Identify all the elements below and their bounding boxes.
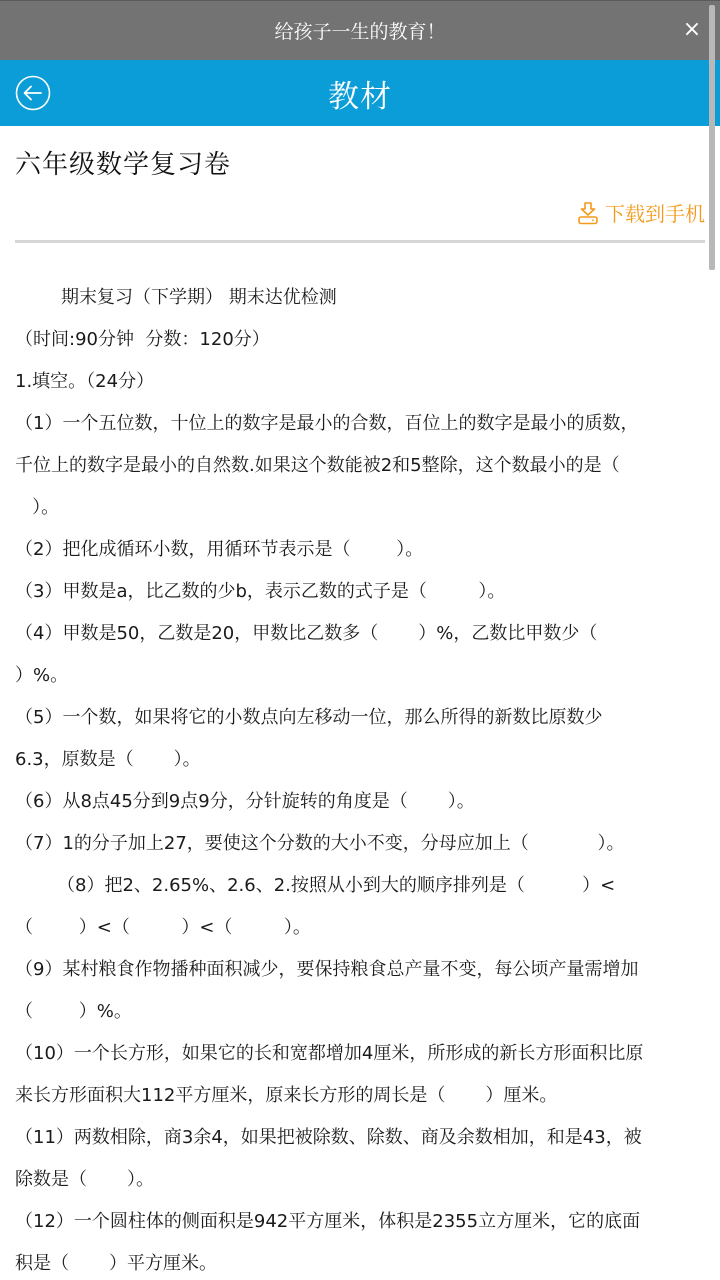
back-button[interactable]: [15, 75, 51, 111]
section-heading: 1.填空。（24分）: [15, 361, 705, 403]
exam-heading: 期末复习（下学期） 期末达优检测: [15, 277, 705, 319]
question-3: （3）甲数是a，比乙数的少b，表示乙数的式子是（ ）。: [15, 571, 705, 613]
question-5-line-2: 6.3，原数是（ ）。: [15, 739, 705, 781]
title-divider: [15, 240, 705, 243]
document-content: 期末复习（下学期） 期末达优检测 （时间:90分钟 分数：120分） 1.填空。…: [15, 277, 705, 1280]
download-to-phone-icon: [577, 201, 599, 225]
question-4-line-1: （4）甲数是50，乙数是20，甲数比乙数多（ ）%，乙数比甲数少（: [15, 613, 705, 655]
page-title: 教材: [328, 71, 392, 116]
question-8-line-2: （ ）<（ ）<（ ）。: [15, 907, 705, 949]
question-10-line-1: （10）一个长方形，如果它的长和宽都增加4厘米，所形成的新长方形面积比原: [15, 1033, 705, 1075]
question-1-line-2: 千位上的数字是最小的自然数.如果这个数能被2和5整除，这个数最小的是（: [15, 445, 705, 487]
document-title: 六年级数学复习卷: [15, 144, 231, 181]
close-banner-button[interactable]: ×: [680, 16, 704, 44]
arrow-left-circle-icon: [15, 75, 51, 111]
question-7: （7）1的分子加上27，要使这个分数的大小不变，分母应加上（ ）。: [15, 823, 705, 865]
question-8-line-1: （8）把2、2.65%、2.6、2.按照从小到大的顺序排列是（ ）<: [15, 865, 705, 907]
question-12-line-1: （12）一个圆柱体的侧面积是942平方厘米，体积是2355立方厘米，它的底面: [15, 1201, 705, 1243]
question-5-line-1: （5）一个数，如果将它的小数点向左移动一位，那么所得的新数比原数少: [15, 697, 705, 739]
question-12-line-2: 积是（ ）平方厘米。: [15, 1243, 705, 1280]
promo-banner: 给孩子一生的教育！ ×: [0, 0, 720, 60]
question-9-line-1: （9）某村粮食作物播种面积减少，要保持粮食总产量不变，每公顷产量需增加: [15, 949, 705, 991]
question-1-line-3: ）。: [15, 487, 705, 529]
download-label: 下载到手机: [605, 198, 705, 227]
app-header: 教材: [0, 60, 720, 126]
scrollbar[interactable]: [709, 5, 715, 270]
question-11-line-2: 除数是（ ）。: [15, 1159, 705, 1201]
question-4-line-2: ）%。: [15, 655, 705, 697]
question-9-line-2: （ ）%。: [15, 991, 705, 1033]
download-to-phone-button[interactable]: 下载到手机: [577, 198, 705, 227]
question-10-line-2: 来长方形面积大112平方厘米，原来长方形的周长是（ ）厘米。: [15, 1075, 705, 1117]
close-icon: ×: [683, 17, 701, 42]
exam-info: （时间:90分钟 分数：120分）: [15, 319, 705, 361]
question-1-line-1: （1）一个五位数，十位上的数字是最小的合数，百位上的数字是最小的质数，: [15, 403, 705, 445]
question-6: （6）从8点45分到9点9分，分针旋转的角度是（ ）。: [15, 781, 705, 823]
question-11-line-1: （11）两数相除，商3余4，如果把被除数、除数、商及余数相加，和是43，被: [15, 1117, 705, 1159]
question-2: （2）把化成循环小数，用循环节表示是（ ）。: [15, 529, 705, 571]
banner-text: 给孩子一生的教育！: [274, 17, 445, 44]
